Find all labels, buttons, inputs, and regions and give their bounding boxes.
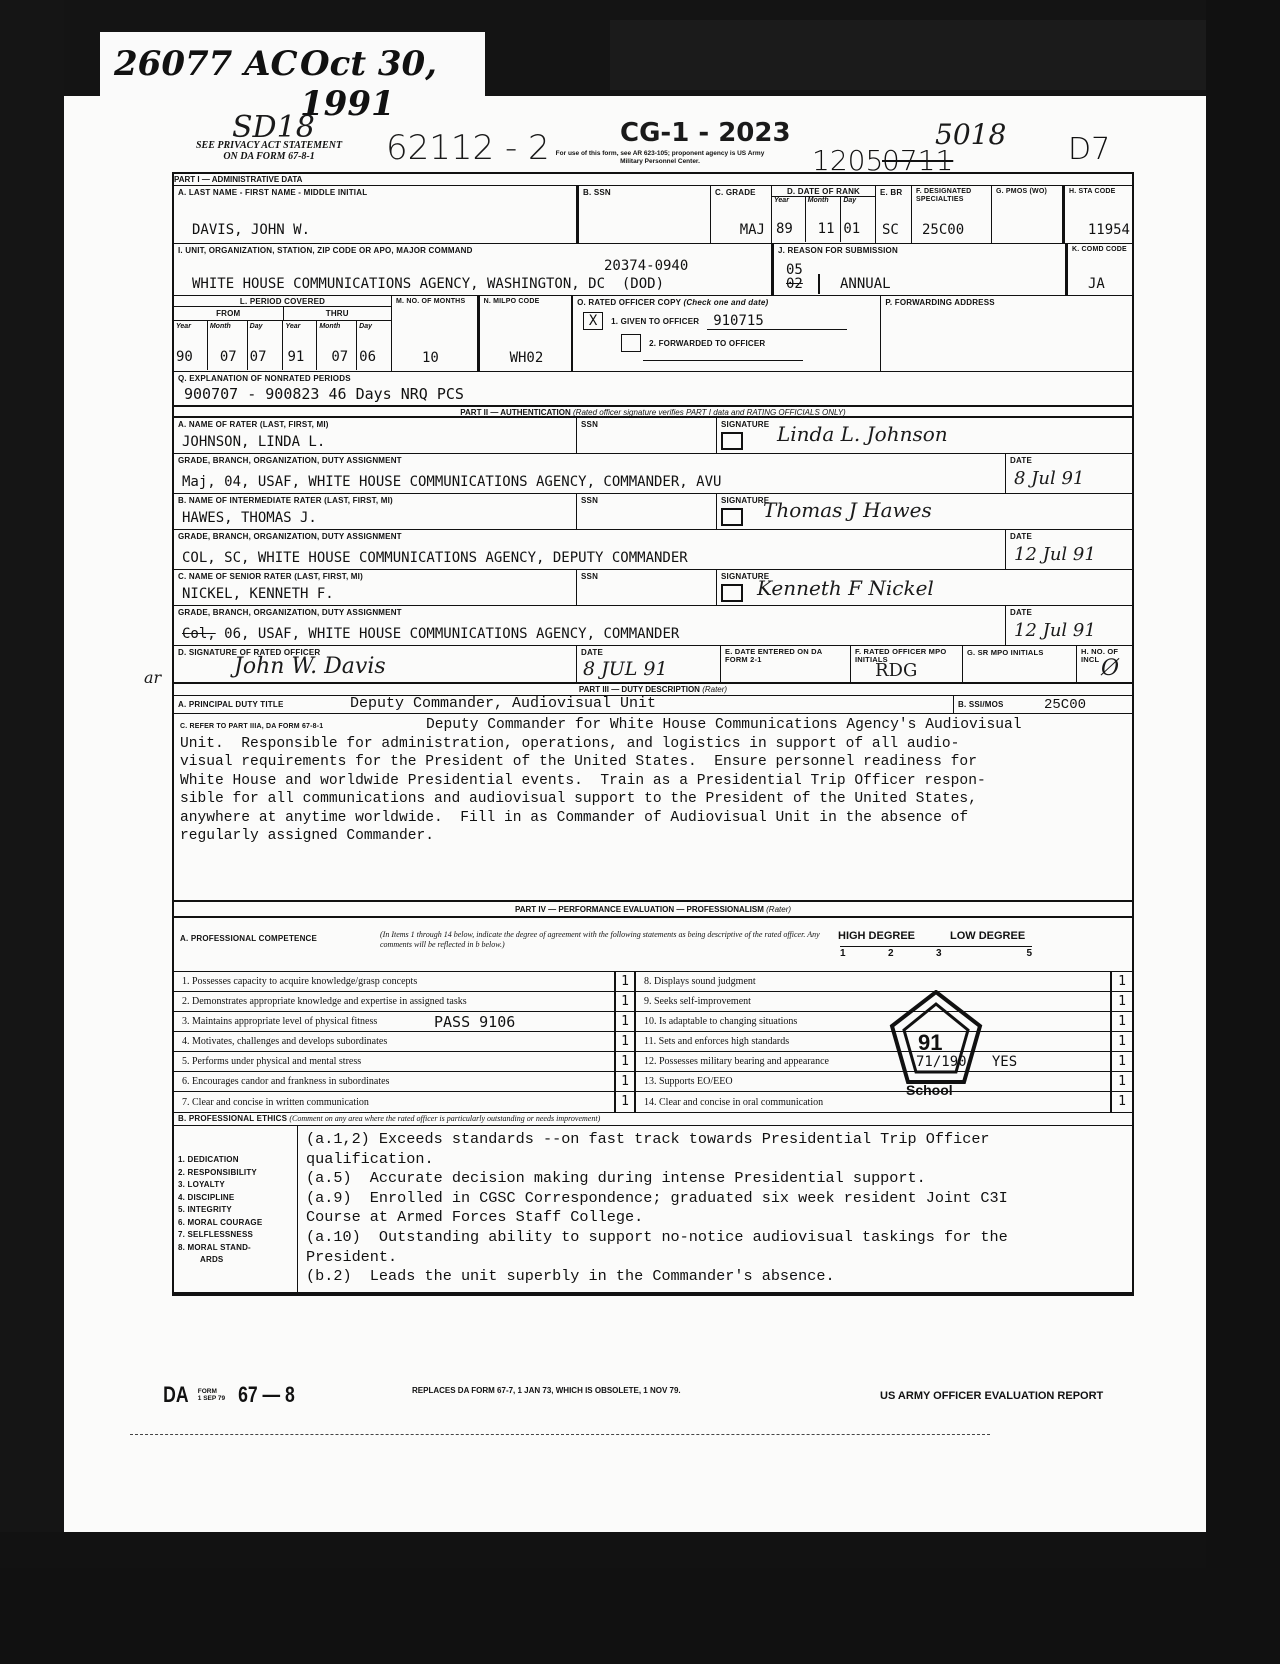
proponent-note: For use of this form, see AR 623-105; pr…	[545, 150, 775, 166]
senior-assignment-value: Col, 06, USAF, WHITE HOUSE COMMUNICATION…	[182, 626, 679, 642]
name-value: DAVIS, JOHN W.	[192, 222, 310, 238]
intermediate-assignment-label: GRADE, BRANCH, ORGANIZATION, DUTY ASSIGN…	[178, 532, 1001, 541]
ssi-mos-label: b. SSI/MOS	[958, 700, 1004, 709]
duty-description-label: c. REFER TO PART IIIa, DA FORM 67-8-1	[180, 723, 426, 730]
thru-day-label: Day	[357, 321, 391, 332]
grade-label: c. GRADE	[715, 188, 767, 197]
mpo-initials-value: RDG	[875, 660, 917, 681]
part3-title: PART III — DUTY DESCRIPTION	[579, 685, 700, 694]
date-of-rank-field[interactable]: d. DATE OF RANK Year 89 Month 11 Day 01	[772, 186, 876, 243]
zip-value: 20374-0940	[604, 258, 688, 274]
item-label: 1. Possesses capacity to acquire knowled…	[174, 976, 494, 987]
copy-label: o. RATED OFFICER COPY (Check one and dat…	[577, 298, 876, 307]
form-da: DA	[163, 1382, 188, 1408]
part3-title-note: (Rater)	[702, 685, 727, 694]
senior-name-field[interactable]: c. NAME OF SENIOR RATER (Last, First, MI…	[174, 570, 577, 605]
rater-ssn-field[interactable]: SSN	[577, 418, 717, 453]
period-covered-field[interactable]: l. PERIOD COVERED FROM THRU Year90 Month…	[174, 296, 392, 371]
senior-assignment-label: GRADE, BRANCH, ORGANIZATION, DUTY ASSIGN…	[178, 608, 1001, 617]
mpo-initials-field[interactable]: f. RATED OFFICER MPO INITIALS RDG	[851, 646, 963, 682]
senior-date-field[interactable]: DATE 12 Jul 91	[1006, 606, 1132, 645]
principal-duty-label: a. PRINCIPAL DUTY TITLE	[178, 700, 284, 709]
competence-item: 8. Displays sound judgment1	[636, 972, 1132, 992]
branch-label: e. BR	[880, 188, 907, 197]
copy-label-text: o. RATED OFFICER COPY	[577, 298, 681, 307]
intermediate-date-label: DATE	[1010, 532, 1128, 541]
competence-item: 11. Sets and enforces high standards1	[636, 1032, 1132, 1052]
competence-item: 14. Clear and concise in oral communicat…	[636, 1092, 1132, 1112]
competence-header-row: a. PROFESSIONAL COMPETENCE (In Items 1 t…	[174, 918, 1132, 972]
scale-3: 3	[936, 948, 942, 959]
competence-items-left: 1. Possesses capacity to acquire knowled…	[174, 972, 636, 1112]
rated-officer-copy-field: o. RATED OFFICER COPY (Check one and dat…	[573, 296, 881, 371]
pmos-field[interactable]: g. PMOS (WO)	[992, 186, 1063, 243]
scale-5: 5	[1026, 948, 1032, 959]
name-field[interactable]: a. LAST NAME - FIRST NAME - MIDDLE INITI…	[174, 186, 577, 243]
senior-name-value: NICKEL, KENNETH F.	[182, 586, 334, 602]
ethics-item: 7. SELFLESSNESS	[178, 1229, 293, 1242]
privacy-line-1: SEE PRIVACY ACT STATEMENT	[196, 140, 342, 151]
scan-left-border	[0, 0, 64, 1568]
scale-2: 2	[888, 948, 894, 959]
senior-assignment-row: GRADE, BRANCH, ORGANIZATION, DUTY ASSIGN…	[174, 606, 1132, 646]
dor-day-label: Day	[841, 197, 875, 204]
dor-month-value: 11	[818, 221, 835, 237]
ethics-item: 6. MORAL COURAGE	[178, 1217, 293, 1230]
months-label: m. NO. OF MONTHS	[396, 298, 473, 306]
principal-duty-field[interactable]: a. PRINCIPAL DUTY TITLE Deputy Commander…	[174, 696, 954, 713]
intermediate-assignment-row: GRADE, BRANCH, ORGANIZATION, DUTY ASSIGN…	[174, 530, 1132, 570]
privacy-statement: SEE PRIVACY ACT STATEMENT ON DA FORM 67-…	[196, 140, 342, 162]
item-score[interactable]: 1	[614, 1052, 636, 1071]
rated-date-value: 8 JUL 91	[583, 658, 668, 680]
scale-high-label: HIGH DEGREE	[838, 930, 915, 942]
competence-items-right: 8. Displays sound judgment1 9. Seeks sel…	[636, 972, 1132, 1112]
ssi-mos-field[interactable]: b. SSI/MOS 25C00	[954, 696, 1132, 713]
competence-item: 13. Supports EO/EEO1	[636, 1072, 1132, 1092]
pmos-label: g. PMOS (WO)	[996, 188, 1058, 195]
item-score[interactable]: 1	[1110, 972, 1132, 991]
stamp-number: 91	[918, 1030, 942, 1056]
competence-item: 3. Maintains appropriate level of physic…	[174, 1012, 636, 1032]
duty-description-body: Unit. Responsible for administration, op…	[180, 735, 1126, 846]
annotation-d7: D7	[1068, 132, 1110, 167]
competence-item: 10. Is adaptable to changing situations1	[636, 1012, 1132, 1032]
part4-title-note: (Rater)	[766, 905, 791, 914]
name-label: a. LAST NAME - FIRST NAME - MIDDLE INITI…	[178, 188, 572, 197]
competence-item: 5. Performs under physical and mental st…	[174, 1052, 636, 1072]
senior-ssn-field[interactable]: SSN	[577, 570, 717, 605]
intermediate-signature-field[interactable]: SIGNATURE Thomas J Hawes	[717, 494, 1132, 529]
ethics-header-row: b. PROFESSIONAL ETHICS (Comment on any a…	[174, 1113, 1132, 1126]
item-label: 10. Is adaptable to changing situations	[636, 1016, 1110, 1027]
thru-month-value: 07	[331, 349, 348, 365]
ssn-label: b. SSN	[583, 188, 706, 197]
command-code-label: k. COMD CODE	[1072, 246, 1128, 254]
part1-header: PART I — ADMINISTRATIVE DATA	[174, 174, 1132, 186]
intermediate-rater-row: b. NAME OF INTERMEDIATE RATER (Last, Fir…	[174, 494, 1132, 530]
item-score[interactable]: 1	[614, 972, 636, 991]
station-code-value: 11954	[1088, 222, 1130, 238]
form-date: 1 SEP 79	[198, 1395, 225, 1402]
period-covered-label: l. PERIOD COVERED	[174, 296, 391, 307]
senior-signature-field[interactable]: SIGNATURE Kenneth F Nickel	[717, 570, 1132, 605]
annotation-5018: 5018	[935, 118, 1006, 151]
date-entered-field[interactable]: e. DATE ENTERED ON DA FORM 2-1	[721, 646, 851, 682]
given-label: 1. GIVEN TO OFFICER	[611, 317, 699, 326]
rater-assignment-label: GRADE, BRANCH, ORGANIZATION, DUTY ASSIGN…	[178, 456, 1001, 465]
command-code-value: JA	[1088, 276, 1105, 292]
senior-ssn-label: SSN	[581, 572, 712, 581]
ethics-list: 1. DEDICATION 2. RESPONSIBILITY 3. LOYAL…	[174, 1126, 298, 1292]
ethics-label: b. PROFESSIONAL ETHICS	[178, 1114, 287, 1123]
designated-specialties-field[interactable]: f. DESIGNATED SPECIALTIES 25C00	[912, 186, 992, 243]
rated-signature: John W. Davis	[234, 654, 386, 679]
scale-arrow	[840, 946, 1032, 947]
part2-header: PART II — AUTHENTICATION (Rated officer …	[174, 406, 1132, 418]
senior-date-label: DATE	[1010, 608, 1128, 617]
rater-date-label: DATE	[1010, 456, 1128, 465]
intermediate-signature: Thomas J Hawes	[763, 498, 932, 522]
intermediate-date-value: 12 Jul 91	[1014, 544, 1096, 565]
file-label-box: 26077 AC Oct 30, 1991	[100, 32, 485, 100]
competence-instructions: (In Items 1 through 14 below, indicate t…	[380, 930, 840, 950]
item-label: 11. Sets and enforces high standards	[636, 1036, 1110, 1047]
scan-bottom-border	[0, 1532, 1206, 1568]
rater-row: a. NAME OF RATER (Last, First, MI) JOHNS…	[174, 418, 1132, 454]
senior-assignment-field[interactable]: GRADE, BRANCH, ORGANIZATION, DUTY ASSIGN…	[174, 606, 1006, 645]
da-form-67-8: PART I — ADMINISTRATIVE DATA a. LAST NAM…	[172, 172, 1134, 1296]
station-code-field[interactable]: h. STA CODE 11954	[1063, 186, 1132, 243]
competence-item: 7. Clear and concise in written communic…	[174, 1092, 636, 1112]
competence-item: 4. Motivates, challenges and develops su…	[174, 1032, 636, 1052]
dor-month-label: Month	[806, 197, 841, 204]
item-score[interactable]: 1	[1110, 1072, 1132, 1091]
dor-day-value: 01	[843, 221, 860, 237]
scale-1: 1	[840, 948, 846, 959]
thru-month-label: Month	[317, 321, 356, 332]
designated-specialties-label: f. DESIGNATED SPECIALTIES	[916, 188, 987, 204]
form-number-value: 67 — 8	[238, 1382, 295, 1408]
given-to-officer-option[interactable]: X 1. GIVEN TO OFFICER 910715	[583, 312, 847, 330]
item-label: 7. Clear and concise in written communic…	[174, 1097, 614, 1108]
item-label: 9. Seeks self-improvement	[636, 996, 1110, 1007]
item-score[interactable]: 1	[1110, 992, 1132, 1011]
report-title: US ARMY OFFICER EVALUATION REPORT	[880, 1390, 1103, 1402]
part4-header: PART IV — PERFORMANCE EVALUATION — PROFE…	[174, 902, 1132, 918]
senior-assignment-struck: Col,	[182, 626, 216, 642]
intermediate-date-field[interactable]: DATE 12 Jul 91	[1006, 530, 1132, 569]
item-score[interactable]: 1	[1110, 1032, 1132, 1051]
part1-row-a-h: a. LAST NAME - FIRST NAME - MIDDLE INITI…	[174, 186, 1132, 244]
item-score[interactable]: 1	[1110, 1012, 1132, 1031]
from-month-label: Month	[208, 321, 247, 332]
inclosures-value: Ø	[1101, 656, 1119, 681]
competence-item: 1. Possesses capacity to acquire knowled…	[174, 972, 636, 992]
rater-name-label: a. NAME OF RATER (Last, First, MI)	[178, 420, 572, 429]
rater-assignment-row: GRADE, BRANCH, ORGANIZATION, DUTY ASSIGN…	[174, 454, 1132, 494]
station-code-label: h. STA CODE	[1069, 188, 1128, 195]
scan-top-right-noise	[610, 20, 1206, 90]
duty-description-field[interactable]: c. REFER TO PART IIIa, DA FORM 67-8-1 De…	[174, 714, 1132, 900]
intermediate-name-value: HAWES, THOMAS J.	[182, 510, 317, 526]
part1-row-i-k: i. UNIT, ORGANIZATION, STATION, ZIP CODE…	[174, 244, 1132, 296]
intermediate-assignment-value: COL, SC, WHITE HOUSE COMMUNICATIONS AGEN…	[182, 550, 688, 566]
senior-signature: Kenneth F Nickel	[757, 576, 934, 600]
forwarded-date-line	[643, 360, 803, 361]
competence-item: 6. Encourages candor and frankness in su…	[174, 1072, 636, 1092]
item-label: 5. Performs under physical and mental st…	[174, 1056, 614, 1067]
ethics-hint: (Comment on any area where the rated off…	[289, 1114, 600, 1123]
intermediate-name-field[interactable]: b. NAME OF INTERMEDIATE RATER (Last, Fir…	[174, 494, 577, 529]
sr-mpo-initials-label: g. SR MPO INITIALS	[967, 648, 1072, 657]
duty-description-first-line: Deputy Commander for White House Communi…	[426, 716, 1022, 735]
forwarding-address-field[interactable]: p. FORWARDING ADDRESS	[881, 296, 1132, 371]
competence-item: 12. Possesses military bearing and appea…	[636, 1052, 1132, 1072]
margin-note: ar	[144, 668, 161, 687]
rater-ssn-label: SSN	[581, 420, 712, 429]
unit-field[interactable]: i. UNIT, ORGANIZATION, STATION, ZIP CODE…	[174, 244, 772, 295]
item-label: 6. Encourages candor and frankness in su…	[174, 1076, 614, 1087]
from-day-label: Day	[248, 321, 283, 332]
intermediate-name-label: b. NAME OF INTERMEDIATE RATER (Last, Fir…	[178, 496, 572, 505]
from-month-value: 07	[220, 349, 237, 365]
intermediate-ssn-field[interactable]: SSN	[577, 494, 717, 529]
scan-artifact-line	[130, 1434, 990, 1435]
forwarded-label: 2. FORWARDED TO OFFICER	[649, 339, 765, 348]
annotation-62112: 62112 - 2	[386, 128, 550, 168]
rated-officer-row: d. SIGNATURE OF RATED OFFICER John W. Da…	[174, 646, 1132, 684]
inclosures-field[interactable]: h. NO. OF INCL Ø	[1077, 646, 1132, 682]
duty-description-row: c. REFER TO PART IIIa, DA FORM 67-8-1 De…	[174, 714, 1132, 902]
rater-date-field[interactable]: DATE 8 Jul 91	[1006, 454, 1132, 493]
reason-label: j. REASON FOR SUBMISSION	[778, 246, 1061, 255]
item-score[interactable]: 1	[1110, 1092, 1132, 1112]
nonrated-row: q. EXPLANATION OF NONRATED PERIODS 90070…	[174, 372, 1132, 406]
command-code-field[interactable]: k. COMD CODE JA	[1066, 244, 1132, 295]
rater-signature-box[interactable]	[721, 432, 743, 450]
competence-items: 1. Possesses capacity to acquire knowled…	[174, 972, 1132, 1113]
copy-label-hint: (Check one and date)	[683, 298, 768, 307]
rater-assignment-field[interactable]: GRADE, BRANCH, ORGANIZATION, DUTY ASSIGN…	[174, 454, 1006, 493]
senior-rater-row: c. NAME OF SENIOR RATER (Last, First, MI…	[174, 570, 1132, 606]
nonrated-label: q. EXPLANATION OF NONRATED PERIODS	[178, 374, 1128, 383]
item-score[interactable]: 1	[1110, 1052, 1132, 1071]
ethics-comments-field[interactable]: (a.1,2) Exceeds standards --on fast trac…	[298, 1126, 1132, 1292]
given-checkbox[interactable]: X	[583, 312, 603, 330]
from-day-value: 07	[250, 349, 267, 365]
dor-year-value: 89	[776, 221, 793, 237]
rater-signature-field[interactable]: SIGNATURE Linda L. Johnson	[717, 418, 1132, 453]
thru-year-label: Year	[283, 321, 316, 332]
reason-divider	[818, 274, 820, 294]
part1-row-l-p: l. PERIOD COVERED FROM THRU Year90 Month…	[174, 296, 1132, 372]
reason-value: ANNUAL	[840, 276, 891, 292]
milpo-code-value: WH02	[510, 350, 544, 366]
ethics-item: ARDS	[178, 1254, 293, 1267]
item-label: 4. Motivates, challenges and develops su…	[174, 1036, 614, 1047]
branch-field[interactable]: e. BR SC	[876, 186, 912, 243]
senior-date-value: 12 Jul 91	[1014, 620, 1096, 641]
principal-duty-row: a. PRINCIPAL DUTY TITLE Deputy Commander…	[174, 696, 1132, 714]
from-label: FROM	[174, 307, 284, 320]
forwarding-address-label: p. FORWARDING ADDRESS	[885, 298, 1128, 307]
competence-item: 2. Demonstrates appropriate knowledge an…	[174, 992, 636, 1012]
intermediate-signature-box[interactable]	[721, 508, 743, 526]
file-date: Oct 30, 1991	[300, 44, 485, 124]
senior-assignment-text: 06, USAF, WHITE HOUSE COMMUNICATIONS AGE…	[216, 626, 680, 642]
part4-title: PART IV — PERFORMANCE EVALUATION — PROFE…	[515, 905, 764, 914]
unit-value: WHITE HOUSE COMMUNICATIONS AGENCY, WASHI…	[192, 276, 664, 292]
branch-value: SC	[882, 222, 899, 238]
grade-value: MAJ	[740, 222, 765, 238]
scale-numbers: 1 2 3 5	[840, 948, 1032, 959]
dor-label: d. DATE OF RANK	[772, 186, 875, 197]
unit-label: i. UNIT, ORGANIZATION, STATION, ZIP CODE…	[178, 246, 767, 255]
grade-field[interactable]: c. GRADE MAJ	[711, 186, 772, 243]
rated-date-field[interactable]: DATE 8 JUL 91	[577, 646, 721, 682]
item-label: 3. Maintains appropriate level of physic…	[174, 1016, 434, 1027]
item-label: 8. Displays sound judgment	[636, 976, 1110, 987]
part2-title-note: (Rated officer signature verifies PART I…	[573, 408, 846, 417]
from-year-label: Year	[174, 321, 207, 332]
intermediate-ssn-label: SSN	[581, 496, 712, 505]
item-label: 14. Clear and concise in oral communicat…	[636, 1097, 1110, 1108]
rater-name-field[interactable]: a. NAME OF RATER (Last, First, MI) JOHNS…	[174, 418, 577, 453]
senior-signature-box[interactable]	[721, 584, 743, 602]
intermediate-assignment-field[interactable]: GRADE, BRANCH, ORGANIZATION, DUTY ASSIGN…	[174, 530, 1006, 569]
form-small-label: FORM	[198, 1388, 217, 1395]
ethics-item: 2. RESPONSIBILITY	[178, 1167, 293, 1180]
forwarded-checkbox[interactable]	[621, 334, 641, 352]
ethics-comments: (a.1,2) Exceeds standards --on fast trac…	[306, 1130, 1124, 1287]
date-entered-label: e. DATE ENTERED ON DA FORM 2-1	[725, 648, 846, 664]
item-label: 2. Demonstrates appropriate knowledge an…	[174, 996, 594, 1007]
milpo-code-label: n. MILPO CODE	[484, 298, 568, 306]
months-field[interactable]: m. NO. OF MONTHS 10	[392, 296, 478, 371]
months-value: 10	[422, 350, 439, 366]
ssn-field[interactable]: b. SSN	[577, 186, 711, 243]
privacy-line-2: ON DA FORM 67-8-1	[196, 151, 342, 162]
ssi-mos-value: 25C00	[1044, 697, 1086, 713]
stamp-label: School	[906, 1082, 953, 1098]
form-number: DA FORM1 SEP 79 67 — 8	[160, 1382, 302, 1408]
item-note: PASS 9106	[434, 1013, 614, 1031]
senior-name-label: c. NAME OF SENIOR RATER (Last, First, MI…	[178, 572, 572, 581]
item-score[interactable]: 1	[614, 1012, 636, 1031]
item-label: 12. Possesses military bearing and appea…	[636, 1056, 916, 1067]
scale-low-label: LOW DEGREE	[950, 930, 1025, 942]
thru-year-value: 91	[287, 349, 304, 365]
milpo-code-field[interactable]: n. MILPO CODE WH02	[478, 296, 574, 371]
dor-year-label: Year	[772, 197, 805, 204]
rater-name-value: JOHNSON, LINDA L.	[182, 434, 325, 450]
forwarded-option[interactable]: 2. FORWARDED TO OFFICER	[621, 334, 765, 352]
reason-code-old: 02	[786, 276, 803, 292]
ethics-item: 3. LOYALTY	[178, 1179, 293, 1192]
ethics-list-items: 1. DEDICATION 2. RESPONSIBILITY 3. LOYAL…	[178, 1154, 293, 1267]
reason-field[interactable]: j. REASON FOR SUBMISSION 05 02 ANNUAL	[772, 244, 1066, 295]
item-score[interactable]: 1	[614, 992, 636, 1011]
competence-label: a. PROFESSIONAL COMPETENCE	[180, 934, 317, 943]
item-label: 13. Supports EO/EEO	[636, 1076, 1110, 1087]
file-code: 26077 AC	[114, 44, 298, 84]
from-year-value: 90	[176, 349, 193, 365]
item-score[interactable]: 1	[614, 1092, 636, 1112]
competence-item: 9. Seeks self-improvement1	[636, 992, 1132, 1012]
thru-day-value: 06	[359, 349, 376, 365]
item-score[interactable]: 1	[614, 1072, 636, 1091]
ethics-item: 8. MORAL STAND-	[178, 1242, 293, 1255]
ethics-item: 5. INTEGRITY	[178, 1204, 293, 1217]
given-date: 910715	[707, 313, 847, 330]
rater-date-value: 8 Jul 91	[1014, 468, 1084, 489]
designated-specialties-value: 25C00	[922, 222, 964, 238]
nonrated-field[interactable]: q. EXPLANATION OF NONRATED PERIODS 90070…	[174, 372, 1132, 405]
ethics-item: 4. DISCIPLINE	[178, 1192, 293, 1205]
form-small: FORM1 SEP 79	[198, 1388, 225, 1402]
rater-assignment-value: Maj, 04, USAF, WHITE HOUSE COMMUNICATION…	[182, 474, 721, 490]
sr-mpo-initials-field[interactable]: g. SR MPO INITIALS	[963, 646, 1077, 682]
principal-duty-value: Deputy Commander, Audiovisual Unit	[350, 695, 656, 712]
ethics-row: 1. DEDICATION 2. RESPONSIBILITY 3. LOYAL…	[174, 1126, 1132, 1294]
rated-signature-field[interactable]: d. SIGNATURE OF RATED OFFICER John W. Da…	[174, 646, 577, 682]
annotation-cg-code: CG-1 - 2023	[620, 118, 791, 148]
rated-date-label: DATE	[581, 648, 716, 657]
thru-label: THRU	[284, 307, 392, 320]
ethics-item: 1. DEDICATION	[178, 1154, 293, 1167]
form-replaces-note: REPLACES DA FORM 67-7, 1 JAN 73, WHICH I…	[412, 1386, 681, 1395]
rater-signature: Linda L. Johnson	[777, 422, 948, 446]
nonrated-value: 900707 - 900823 46 Days NRQ PCS	[184, 385, 464, 403]
item-score[interactable]: 1	[614, 1032, 636, 1051]
part2-title: PART II — AUTHENTICATION	[460, 408, 571, 417]
